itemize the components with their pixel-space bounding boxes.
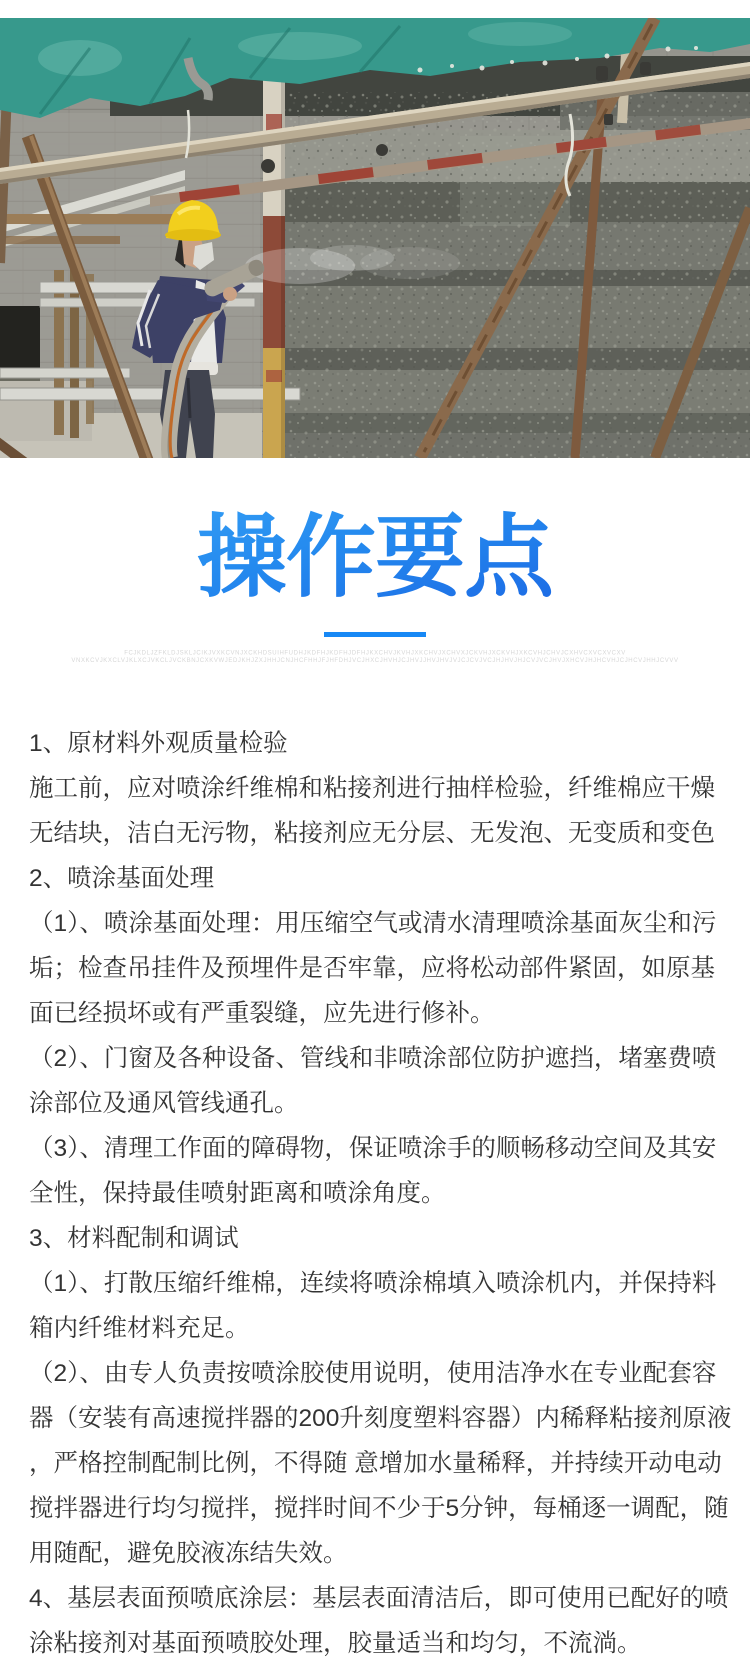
section-title: 操作要点 — [0, 506, 750, 610]
text-line: 无结块，洁白无污物，粘接剂应无分层、无发泡、无变质和变色 — [29, 811, 723, 856]
text-line: 面已经损坏或有严重裂缝，应先进行修补。 — [29, 991, 723, 1036]
watermark-line-2: VNXKCVJKXCLVJKLXCJVKCLJVCKBNJCXKVWJEDJKH… — [0, 657, 750, 665]
title-underline — [324, 632, 426, 637]
text-line: 箱内纤维材料充足。 — [29, 1306, 723, 1351]
text-line: 全性，保持最佳喷射距离和喷涂角度。 — [29, 1171, 723, 1216]
worker-hand — [223, 287, 237, 301]
text-line: （3）、清理工作面的障碍物，保证喷涂手的顺畅移动空间及其安 — [29, 1126, 723, 1171]
text-line: （1）、喷涂基面处理：用压缩空气或清水清理喷涂基面灰尘和污 — [29, 901, 723, 946]
text-line: 器（安装有高速搅拌器的200升刻度塑料容器）内稀释粘接剂原液 — [29, 1396, 723, 1441]
watermark-line-1: FCJKDLJZFKLDJSKLJCIKJVXKCVNJXCKHDSUIHFUD… — [0, 649, 750, 657]
text-line: 2、喷涂基面处理 — [29, 856, 723, 901]
text-line: 施工前，应对喷涂纤维棉和粘接剂进行抽样检验，纤维棉应干燥 — [29, 766, 723, 811]
text-line: 1、原材料外观质量检验 — [29, 721, 723, 766]
text-line: （1）、打散压缩纤维棉，连续将喷涂棉填入喷涂机内，并保持料 — [29, 1261, 723, 1306]
text-line: 涂部位及通风管线通孔。 — [29, 1081, 723, 1126]
product-detail-page: 操作要点 FCJKDLJZFKLDJSKLJCIKJVXKCVNJXCKHDSU… — [0, 0, 750, 1661]
watermark: FCJKDLJZFKLDJSKLJCIKJVXKCVNJXCKHDSUIHFUD… — [0, 649, 750, 665]
construction-scene — [0, 18, 750, 458]
text-line: 4、基层表面预喷底涂层：基层表面清洁后，即可使用已配好的喷 — [29, 1576, 723, 1621]
text-line: （2）、门窗及各种设备、管线和非喷涂部位防护遮挡，堵塞费喷 — [29, 1036, 723, 1081]
hero-photo — [0, 18, 750, 458]
text-line: （2）、由专人负责按喷涂胶使用说明，使用洁净水在专业配套容 — [29, 1351, 723, 1396]
text-line: 3、材料配制和调试 — [29, 1216, 723, 1261]
text-line: 垢；检查吊挂件及预埋件是否牢靠，应将松动部件紧固，如原基 — [29, 946, 723, 991]
text-line: ，严格控制配制比例，不得随 意增加水量稀释，并持续开动电动 — [29, 1441, 723, 1486]
title-section: 操作要点 FCJKDLJZFKLDJSKLJCIKJVXKCVNJXCKHDSU… — [0, 506, 750, 675]
text-line: 涂粘接剂对基面预喷胶处理，胶量适当和均匀，不流淌。 — [29, 1621, 723, 1661]
text-line: 搅拌器进行均匀搅拌，搅拌时间不少于5分钟，每桶逐一调配，随 — [29, 1486, 723, 1531]
text-line: 用随配，避免胶液冻结失效。 — [29, 1531, 723, 1576]
instructions-text: 1、原材料外观质量检验施工前，应对喷涂纤维棉和粘接剂进行抽样检验，纤维棉应干燥无… — [29, 721, 723, 1661]
